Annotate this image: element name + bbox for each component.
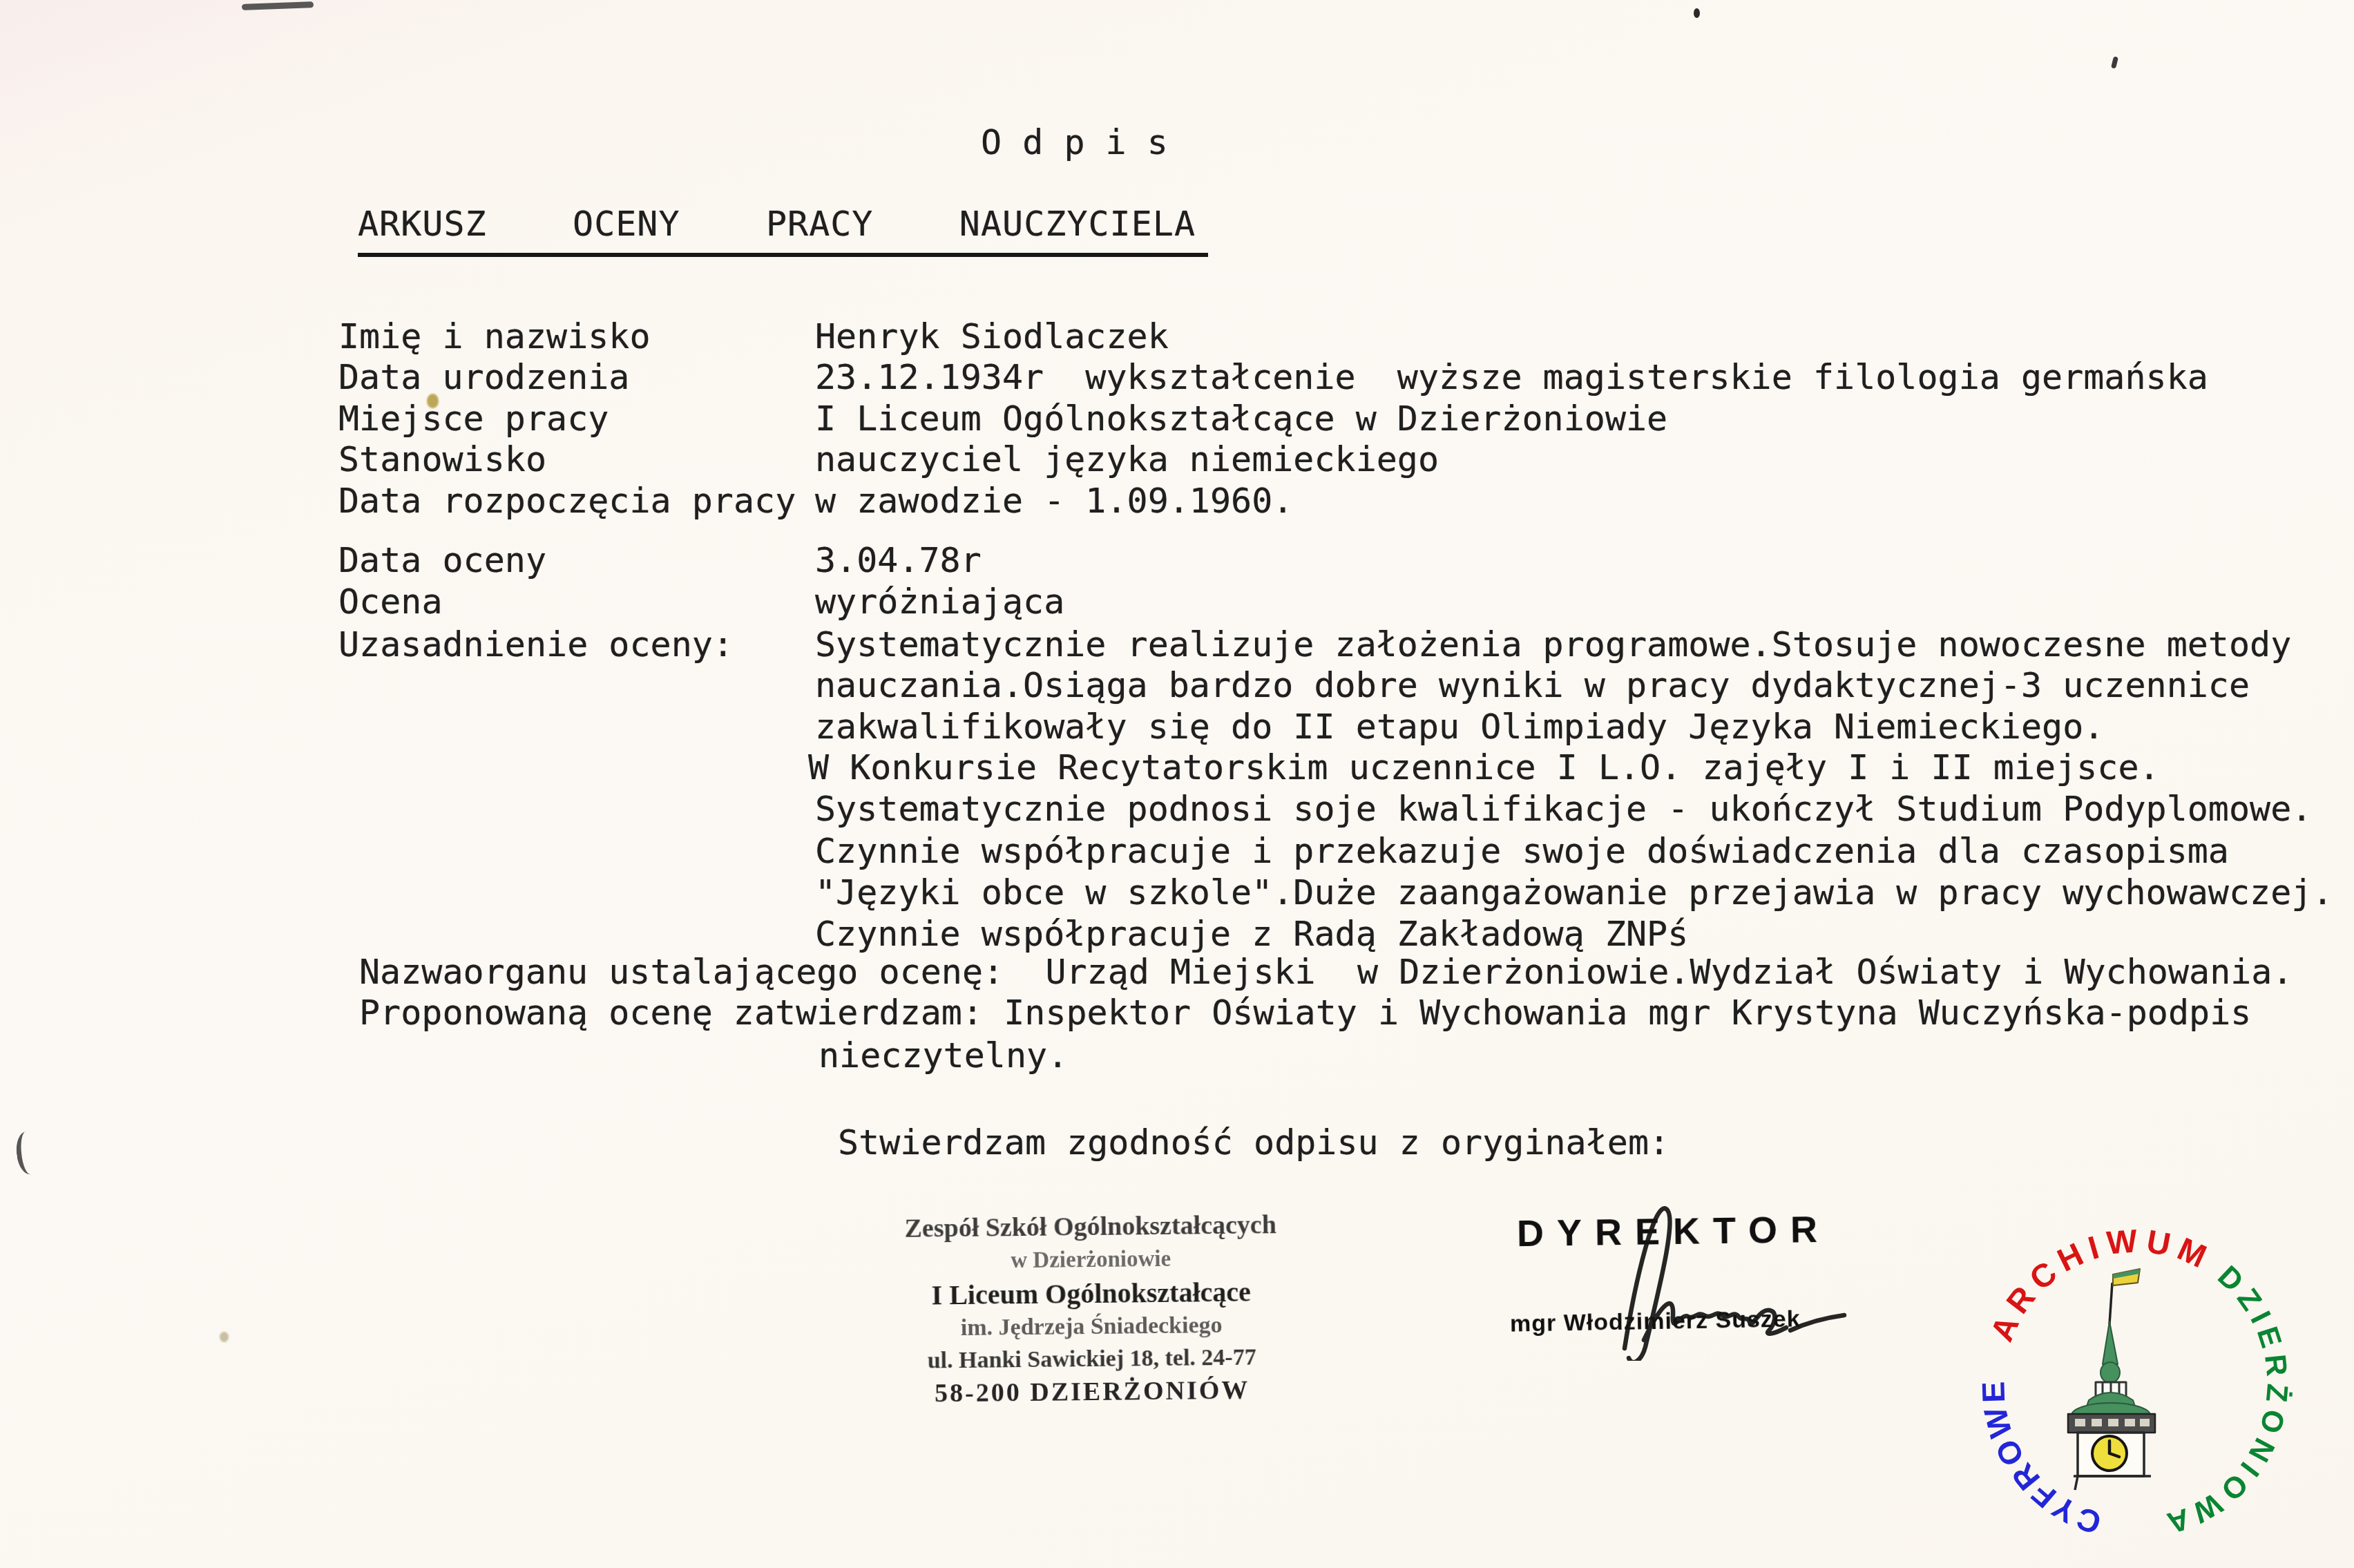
field-label-workplace: Miejsce pracy [338, 399, 609, 438]
justification-line: Czynnie współpracuje z Radą Zakładową ZN… [815, 915, 1688, 953]
school-stamp-line: I Liceum Ogólnokształcące [905, 1274, 1277, 1312]
eval-grade-value: wyróżniająca [815, 582, 1064, 621]
tower-spike [2103, 1321, 2118, 1364]
justification-line: Systematycznie realizuje założenia progr… [815, 625, 2291, 664]
flag-pole [2109, 1283, 2112, 1324]
certification-line: Stwierdzam zgodność odpisu z oryginałem: [838, 1123, 1669, 1162]
director-signature [1527, 1174, 1872, 1361]
tower-illustration [2068, 1269, 2155, 1490]
school-stamp-line: Zespół Szkół Ogólnokształcących [904, 1208, 1276, 1246]
field-value-birthdate: 23.12.1934r wykształcenie wyższe magiste… [815, 358, 2208, 396]
copy-label: O d p i s [981, 123, 1168, 162]
field-value-name: Henryk Siodlaczek [815, 317, 1169, 356]
document-title: ARKUSZ OCENY PRACY NAUCZYCIELA [358, 204, 1208, 257]
tower-onion [2101, 1362, 2120, 1383]
justification-line: W Konkursie Recytatorskim uczennice I L.… [808, 748, 2160, 787]
justification-line: "Języki obce w szkole".Duże zaangażowani… [815, 873, 2333, 912]
archive-stamp-word-dzierzoniowa: DZIERŻONIOWA [2158, 1259, 2295, 1541]
field-label-birthdate: Data urodzenia [338, 358, 629, 396]
eval-grade-label: Ocena [338, 582, 443, 621]
field-label-start-date: Data rozpoczęcia pracy [338, 481, 796, 520]
signature-squiggle [1625, 1208, 1844, 1361]
school-stamp-line: ul. Hanki Sawickiej 18, tel. 24-77 [906, 1341, 1278, 1377]
eval-date-label: Data oceny [338, 541, 546, 580]
eval-justification-label: Uzasadnienie oceny: [338, 625, 734, 664]
school-stamp: Zespół Szkół Ogólnokształcących w Dzierż… [904, 1208, 1278, 1411]
scanned-document-page: O d p i s ARKUSZ OCENY PRACY NAUCZYCIELA… [0, 0, 2354, 1568]
issuing-authority-line: Nazwaorganu ustalającego ocenę: Urząd Mi… [359, 953, 2293, 991]
scan-artifact [2111, 56, 2118, 68]
justification-line: zakwalifikowały się do II etapu Olimpiad… [815, 707, 2104, 746]
field-label-name: Imię i nazwisko [338, 317, 651, 356]
school-stamp-line: 58-200 DZIERŻONIÓW [906, 1373, 1279, 1411]
eval-date-value: 3.04.78r [815, 541, 982, 580]
school-stamp-line: im. Jędrzeja Śniadeckiego [906, 1308, 1278, 1345]
scan-artifact [1694, 8, 1700, 18]
field-label-position: Stanowisko [338, 440, 546, 479]
scan-artifact [15, 1130, 41, 1175]
justification-line: nauczania.Osiąga bardzo dobre wyniki w p… [815, 666, 2250, 705]
justification-line: Systematycznie podnosi soje kwalifikacje… [815, 790, 2312, 828]
scan-artifact [220, 1332, 229, 1342]
school-stamp-line: w Dzierżoniowie [905, 1242, 1277, 1279]
field-value-workplace: I Liceum Ogólnokształcące w Dzierżoniowi… [815, 399, 1667, 438]
field-value-start-date: w zawodzie - 1.09.1960. [815, 481, 1293, 520]
archive-stamp: ARCHIWUM DZIERŻONIOWA CYFROWE [1956, 1205, 2315, 1565]
tower-base-line [2074, 1476, 2151, 1490]
archive-stamp-word-archiwum: ARCHIWUM [1983, 1222, 2219, 1347]
justification-line: Czynnie współpracuje i przekazuje swoje … [815, 832, 2229, 870]
field-value-position: nauczyciel języka niemieckiego [815, 440, 1439, 479]
approval-continuation: nieczytelny. [819, 1036, 1068, 1075]
approval-line: Proponowaną ocenę zatwierdzam: Inspektor… [359, 993, 2251, 1032]
scan-artifact [242, 1, 314, 10]
